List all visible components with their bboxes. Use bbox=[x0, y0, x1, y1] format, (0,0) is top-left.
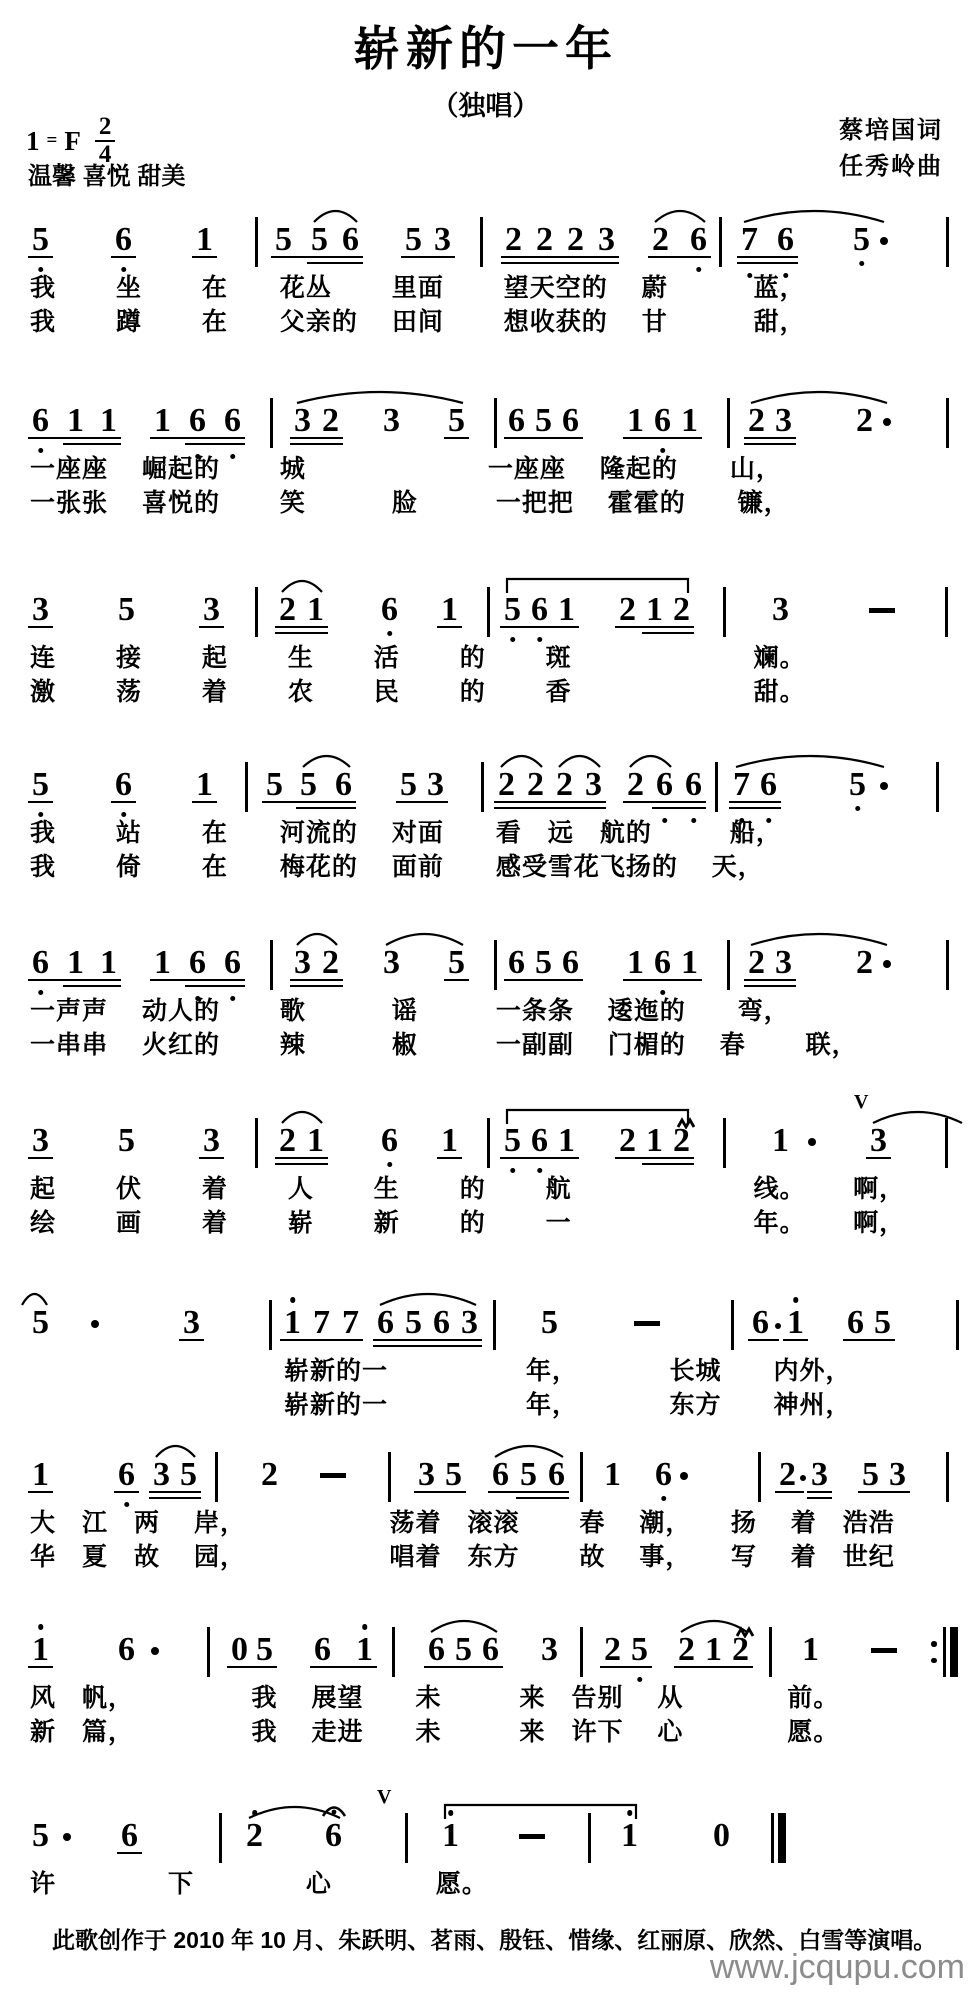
augmentation-dot bbox=[151, 1647, 159, 1655]
high-octave-dot bbox=[627, 1810, 633, 1816]
site-watermark: www.jcqupu.com bbox=[710, 1948, 965, 1987]
lyric-line: 一声声 动人的 歌 谣 一条条 逶迤的 弯， bbox=[30, 991, 790, 1027]
barline bbox=[956, 1300, 959, 1350]
barline bbox=[481, 762, 484, 812]
barline bbox=[769, 1627, 772, 1677]
lyric-line: 绘 画 着 崭 新 的 一 年。 啊， bbox=[30, 1203, 905, 1239]
note-digit: 5 bbox=[264, 767, 285, 805]
barline bbox=[255, 587, 258, 637]
lyric-line: 我 坐 在 花丛 里面 望天空的 蔚 蓝， bbox=[30, 268, 806, 304]
barline bbox=[945, 1118, 948, 1168]
barline bbox=[588, 1813, 591, 1863]
note-digit: 6 bbox=[116, 1457, 137, 1495]
held-note-dash bbox=[320, 1473, 346, 1478]
breath-mark: V bbox=[854, 1092, 868, 1112]
final-barline bbox=[771, 1813, 786, 1863]
mordent-mark bbox=[676, 1101, 698, 1137]
breath-mark: V bbox=[377, 1787, 391, 1807]
barline bbox=[731, 1300, 734, 1350]
note-digit: 6 bbox=[116, 1632, 137, 1670]
note-digit: 5 bbox=[453, 1632, 474, 1670]
lyric-line: 风 帆， 我 展望 未 来 告别 从 前。 bbox=[30, 1678, 839, 1714]
note-digit: 1 bbox=[785, 1305, 806, 1343]
augmentation-dot bbox=[775, 1323, 781, 1329]
note-digit: 7 bbox=[311, 1305, 332, 1343]
low-octave-dot bbox=[661, 1496, 667, 1502]
barline bbox=[255, 1118, 258, 1168]
note-digit: 6 bbox=[775, 222, 796, 260]
note-digit: 6 bbox=[758, 767, 779, 805]
held-note-dash bbox=[519, 1834, 545, 1839]
note-digit: 5 bbox=[178, 1457, 199, 1495]
note-digit: 1 bbox=[619, 1818, 640, 1856]
lyric-line: 崭新的一 年， 东方 神州， bbox=[284, 1385, 851, 1421]
note-digit: 6 bbox=[652, 403, 673, 441]
note-digit: 1 bbox=[439, 592, 460, 630]
composer-credit: 任秀岭曲 bbox=[839, 146, 943, 181]
low-octave-dot bbox=[855, 806, 861, 812]
note-digit: 2 bbox=[650, 222, 671, 260]
note-digit: 6 bbox=[333, 767, 354, 805]
note-digit: 1 bbox=[98, 403, 119, 441]
note-digit: 6 bbox=[340, 222, 361, 260]
barline bbox=[388, 1452, 391, 1502]
augmentation-dot bbox=[880, 237, 888, 245]
note-digit: 6 bbox=[187, 945, 208, 983]
note-digit: 5 bbox=[847, 767, 868, 805]
barline bbox=[946, 398, 949, 448]
note-digit: 5 bbox=[116, 1123, 137, 1161]
note-digit: 3 bbox=[432, 222, 453, 260]
augmentation-dot bbox=[883, 960, 891, 968]
note-digit: 1 bbox=[644, 1123, 665, 1161]
barline bbox=[493, 1300, 496, 1350]
note-digit: 2 bbox=[525, 767, 546, 805]
high-octave-dot bbox=[362, 1624, 368, 1630]
barline bbox=[715, 762, 718, 812]
barline bbox=[487, 587, 490, 637]
note-digit: 5 bbox=[629, 1632, 650, 1670]
note-digit: 3V bbox=[868, 1123, 889, 1161]
note-digit: 6 bbox=[506, 403, 527, 441]
high-octave-dot bbox=[38, 1624, 44, 1630]
lyric-line: 一串串 火红的 辣 椒 一副副 门楣的 春 联， bbox=[30, 1025, 858, 1061]
note-digit: 3 bbox=[425, 767, 446, 805]
note-digit: 1 bbox=[679, 403, 700, 441]
barline bbox=[723, 1118, 726, 1168]
note-digit: 3 bbox=[151, 1457, 172, 1495]
note-digit: 6 bbox=[653, 1457, 674, 1495]
song-title: 崭新的一年 bbox=[0, 12, 971, 79]
repeat-end-barline bbox=[931, 1627, 958, 1677]
barline bbox=[487, 1118, 490, 1168]
note-digit: 2 bbox=[554, 767, 575, 805]
note-digit: 5 bbox=[30, 1818, 51, 1856]
note-digit: 1 bbox=[770, 1123, 791, 1161]
note-digit: 5 bbox=[446, 403, 467, 441]
note-digit: 2 bbox=[244, 1818, 265, 1856]
note-digit: 2 bbox=[671, 592, 692, 630]
augmentation-dot bbox=[91, 1320, 99, 1328]
note-digit: 7 bbox=[731, 767, 752, 805]
note-digit: 6 bbox=[490, 1457, 511, 1495]
note-digit: 3 bbox=[583, 767, 604, 805]
note-digit: 1 bbox=[65, 945, 86, 983]
note-digit: 6 bbox=[426, 1632, 447, 1670]
held-note-dash bbox=[869, 608, 895, 613]
note-digit: 3 bbox=[596, 222, 617, 260]
note-digit: 6 bbox=[546, 1457, 567, 1495]
note-digit: 1 bbox=[602, 1457, 623, 1495]
augmentation-dot bbox=[808, 1138, 816, 1146]
note-digit: 6 bbox=[845, 1305, 866, 1343]
note-digit: 5 bbox=[30, 1305, 51, 1343]
note-digit: 6 bbox=[312, 1632, 333, 1670]
note-digit: 5 bbox=[273, 222, 294, 260]
note-digit: 1 bbox=[439, 1123, 460, 1161]
note-digit: 3 bbox=[201, 1123, 222, 1161]
note-digit: 1 bbox=[194, 222, 215, 260]
barline bbox=[270, 398, 273, 448]
note-digit: 6 bbox=[560, 945, 581, 983]
note-digit: 2 bbox=[320, 945, 341, 983]
note-digit: 5 bbox=[851, 222, 872, 260]
note-digit: 1 bbox=[679, 945, 700, 983]
note-digit: 3 bbox=[770, 592, 791, 630]
barline bbox=[207, 1627, 210, 1677]
note-digit: 1 bbox=[556, 592, 577, 630]
note-digit: 1 bbox=[30, 1457, 51, 1495]
note-digit: 5 bbox=[30, 222, 51, 260]
augmentation-dot bbox=[800, 1475, 806, 1481]
note-digit: 1 bbox=[152, 945, 173, 983]
square-tie bbox=[443, 1800, 638, 1820]
note-digit: 1 bbox=[644, 592, 665, 630]
sheet-music-page: 崭新的一年 （独唱） 1 = F 2 4 蔡培国词 任秀岭曲 温馨 喜悦 甜美 … bbox=[0, 0, 971, 2000]
note-digit: 5 bbox=[254, 1632, 275, 1670]
note-digit: 0 bbox=[229, 1632, 250, 1670]
note-digit: 5 bbox=[403, 222, 424, 260]
note-digit: 5 bbox=[116, 592, 137, 630]
notes-line-7: 53177656356165 bbox=[30, 1305, 959, 1351]
note-digit: 6V bbox=[323, 1818, 344, 1856]
high-octave-dot bbox=[448, 1810, 454, 1816]
note-digit: 3 bbox=[773, 945, 794, 983]
note-digit: 1 bbox=[305, 592, 326, 630]
note-digit: 5 bbox=[398, 767, 419, 805]
note-digit: 6 bbox=[480, 1632, 501, 1670]
note-digit: 3 bbox=[381, 403, 402, 441]
note-digit: 2 bbox=[671, 1123, 692, 1161]
note-digit: 3 bbox=[887, 1457, 908, 1495]
note-digit: 6 bbox=[683, 767, 704, 805]
barline bbox=[219, 1813, 222, 1863]
lyric-line: 华 夏 故 园， 唱着 东方 故 事， 写 着 世纪 bbox=[30, 1537, 895, 1573]
note-digit: 2 bbox=[746, 403, 767, 441]
note-digit: 1 bbox=[305, 1123, 326, 1161]
note-digit: 2 bbox=[730, 1632, 751, 1670]
note-digit: 3 bbox=[459, 1305, 480, 1343]
barline bbox=[719, 217, 722, 267]
note-digit: 3 bbox=[292, 403, 313, 441]
notes-line-3: 35321615612123 bbox=[30, 592, 948, 638]
notes-line-8: 1635235656162353 bbox=[30, 1457, 949, 1503]
lyricist-credit: 蔡培国词 bbox=[839, 110, 943, 145]
lyric-line: 我 站 在 河流的 对面 看 远 航的 船， bbox=[30, 813, 782, 849]
key-note: F bbox=[64, 126, 81, 157]
lyric-line: 许 下 心 愿。 bbox=[30, 1864, 488, 1900]
note-digit: 1 bbox=[98, 945, 119, 983]
note-digit: 1 bbox=[194, 767, 215, 805]
note-digit: 6 bbox=[222, 403, 243, 441]
note-digit: 0 bbox=[711, 1818, 732, 1856]
key-do: 1 bbox=[26, 126, 40, 157]
note-digit: 2 bbox=[676, 1632, 697, 1670]
note-digit: 6 bbox=[688, 222, 709, 260]
augmentation-dot bbox=[880, 782, 888, 790]
note-digit: 6 bbox=[431, 1305, 452, 1343]
note-digit: 3 bbox=[416, 1457, 437, 1495]
note-digit: 1 bbox=[65, 403, 86, 441]
note-digit: 6 bbox=[379, 1123, 400, 1161]
note-digit: 2 bbox=[320, 403, 341, 441]
note-digit: 3 bbox=[201, 592, 222, 630]
note-digit: 7 bbox=[340, 1305, 361, 1343]
augmentation-dot bbox=[63, 1833, 71, 1841]
notes-line-1: 56155653222326765 bbox=[30, 222, 949, 268]
note-digit: 3 bbox=[30, 592, 51, 630]
note-digit: 7 bbox=[739, 222, 760, 260]
barline bbox=[727, 398, 730, 448]
barline bbox=[946, 217, 949, 267]
note-digit: 6 bbox=[30, 945, 51, 983]
lyric-line: 我 蹲 在 父亲的 田间 想收获的 甘 甜， bbox=[30, 302, 806, 338]
note-digit: 6 bbox=[654, 767, 675, 805]
note-digit: 6 bbox=[375, 1305, 396, 1343]
note-digit: 6 bbox=[560, 403, 581, 441]
note-digit: 5 bbox=[518, 1457, 539, 1495]
note-digit: 5 bbox=[860, 1457, 881, 1495]
barline bbox=[723, 587, 726, 637]
barline bbox=[727, 940, 730, 990]
barline bbox=[945, 587, 948, 637]
note-digit: 2 bbox=[602, 1632, 623, 1670]
barline bbox=[494, 398, 497, 448]
note-digit: 5 bbox=[539, 1305, 560, 1343]
notes-line-5: 6111663235656161232 bbox=[30, 945, 949, 991]
note-digit: 6 bbox=[529, 592, 550, 630]
barline bbox=[270, 940, 273, 990]
lyric-line: 连 接 起 生 活 的 斑 斓。 bbox=[30, 638, 806, 674]
held-note-dash bbox=[634, 1321, 660, 1326]
low-octave-dot bbox=[387, 1162, 393, 1168]
note-digit: 1 bbox=[152, 403, 173, 441]
fermata-mark bbox=[320, 1790, 348, 1826]
note-digit: 3 bbox=[181, 1305, 202, 1343]
note-digit: 5 bbox=[443, 1457, 464, 1495]
note-digit: 1 bbox=[625, 945, 646, 983]
note-digit: 1 bbox=[354, 1632, 375, 1670]
high-octave-dot bbox=[290, 1297, 296, 1303]
mordent-mark bbox=[735, 1610, 757, 1646]
barline bbox=[580, 1627, 583, 1677]
note-digit: 1 bbox=[440, 1818, 461, 1856]
note-digit: 5 bbox=[309, 222, 330, 260]
equals-sign: = bbox=[47, 130, 58, 152]
augmentation-dot bbox=[883, 418, 891, 426]
note-digit: 2 bbox=[777, 1457, 798, 1495]
notes-line-10: 5626V110 bbox=[30, 1818, 786, 1864]
note-digit: 6 bbox=[652, 945, 673, 983]
lyric-line: 激 荡 着 农 民 的 香 甜。 bbox=[30, 672, 806, 708]
note-digit: 6 bbox=[506, 945, 527, 983]
held-note-dash bbox=[871, 1648, 897, 1653]
note-digit: 2 bbox=[746, 945, 767, 983]
note-digit: 6 bbox=[113, 767, 134, 805]
note-digit: 6 bbox=[529, 1123, 550, 1161]
note-digit: 1 bbox=[800, 1632, 821, 1670]
lyric-line: 一张张 喜悦的 笑 脸 一把把 霍霍的 镰， bbox=[30, 483, 790, 519]
note-digit: 3 bbox=[773, 403, 794, 441]
barline bbox=[269, 1300, 272, 1350]
lyric-line: 一座座 崛起的 城 一座座 隆起的 山， bbox=[30, 449, 782, 485]
lyric-line: 新 篇， 我 走进 未 来 许下 心 愿。 bbox=[30, 1712, 839, 1748]
note-digit: 2 bbox=[277, 1123, 298, 1161]
note-digit: 2 bbox=[617, 1123, 638, 1161]
barline bbox=[405, 1813, 408, 1863]
note-digit: 5 bbox=[403, 1305, 424, 1343]
note-digit: 2 bbox=[565, 222, 586, 260]
barline bbox=[392, 1627, 395, 1677]
barline bbox=[245, 762, 248, 812]
slur-arc bbox=[295, 385, 465, 405]
barline bbox=[946, 940, 949, 990]
meter-numerator: 2 bbox=[95, 114, 116, 142]
augmentation-dot bbox=[680, 1472, 688, 1480]
note-digit: 2 bbox=[617, 592, 638, 630]
note-digit: 2 bbox=[534, 222, 555, 260]
high-octave-dot bbox=[793, 1297, 799, 1303]
note-digit: 1 bbox=[30, 1632, 51, 1670]
lyric-line: 我 倚 在 梅花的 面前 感受雪花飞扬的 天， bbox=[30, 847, 764, 883]
note-digit: 6 bbox=[222, 945, 243, 983]
notes-line-4: 561556532223266765 bbox=[30, 767, 939, 813]
note-digit: 1 bbox=[282, 1305, 303, 1343]
note-digit: 3 bbox=[292, 945, 313, 983]
note-digit: 2 bbox=[277, 592, 298, 630]
notes-line-9: 1605616563252121 bbox=[30, 1632, 958, 1678]
barline bbox=[580, 1452, 583, 1502]
note-digit: 6 bbox=[750, 1305, 771, 1343]
note-digit: 2 bbox=[854, 945, 875, 983]
mood-marking: 温馨 喜悦 甜美 bbox=[28, 156, 185, 191]
note-digit: 6 bbox=[119, 1818, 140, 1856]
note-digit: 5 bbox=[533, 403, 554, 441]
barline bbox=[758, 1452, 761, 1502]
song-subtitle: （独唱） bbox=[0, 84, 971, 123]
barline bbox=[494, 940, 497, 990]
barline bbox=[255, 217, 258, 267]
note-digit: 2 bbox=[503, 222, 524, 260]
note-digit: 5 bbox=[502, 592, 523, 630]
note-digit: 5 bbox=[502, 1123, 523, 1161]
lyric-line: 大 江 两 岸， 荡着 滚滚 春 潮， 扬 着 浩浩 bbox=[30, 1503, 895, 1539]
barline bbox=[215, 1452, 218, 1502]
note-digit: 2 bbox=[854, 403, 875, 441]
low-octave-dot bbox=[387, 631, 393, 637]
note-digit: 6 bbox=[187, 403, 208, 441]
barline bbox=[480, 217, 483, 267]
note-digit: 3 bbox=[809, 1457, 830, 1495]
note-digit: 6 bbox=[30, 403, 51, 441]
lyric-line: 崭新的一 年， 长城 内外， bbox=[284, 1351, 851, 1387]
high-octave-dot bbox=[252, 1810, 258, 1816]
note-digit: 2 bbox=[496, 767, 517, 805]
note-digit: 5 bbox=[533, 945, 554, 983]
low-octave-dot bbox=[859, 261, 865, 267]
barline bbox=[936, 762, 939, 812]
notes-line-6: 353216156121213V bbox=[30, 1123, 948, 1169]
note-digit: 6 bbox=[113, 222, 134, 260]
note-digit: 5 bbox=[298, 767, 319, 805]
note-digit: 1 bbox=[703, 1632, 724, 1670]
lyric-line: 起 伏 着 人 生 的 航 线。 啊， bbox=[30, 1169, 905, 1205]
note-digit: 5 bbox=[446, 945, 467, 983]
barline bbox=[946, 1452, 949, 1502]
note-digit: 1 bbox=[556, 1123, 577, 1161]
note-digit: 5 bbox=[872, 1305, 893, 1343]
note-digit: 2 bbox=[259, 1457, 280, 1495]
note-digit: 3 bbox=[30, 1123, 51, 1161]
notes-line-2: 6111663235656161232 bbox=[30, 403, 949, 449]
note-digit: 3 bbox=[539, 1632, 560, 1670]
note-digit: 5 bbox=[30, 767, 51, 805]
note-digit: 3 bbox=[381, 945, 402, 983]
note-digit: 1 bbox=[625, 403, 646, 441]
note-digit: 2 bbox=[625, 767, 646, 805]
note-digit: 6 bbox=[379, 592, 400, 630]
